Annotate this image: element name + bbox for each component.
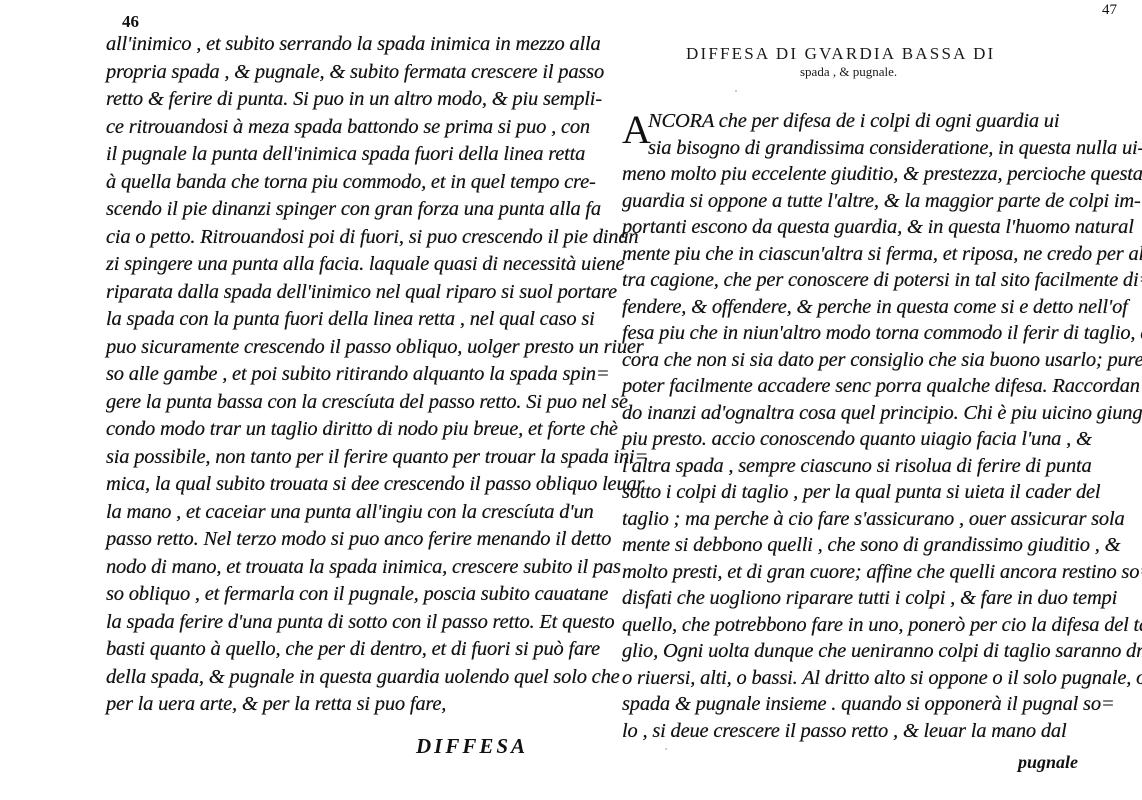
text-line: la spada con la punta fuori della linea … <box>106 306 595 332</box>
text-line: poter facilmente accadere senc porra qua… <box>622 373 1140 399</box>
text-line: retto & ferire di punta. Si puo in un al… <box>106 86 602 112</box>
text-line: so obliquo , et fermarla con il pugnale,… <box>106 581 608 607</box>
section-subheading: spada , & pugnale. <box>800 64 897 80</box>
text-line: do inanzi ad'ognaltra cosa quel principi… <box>622 400 1142 426</box>
text-line: mica, la qual subito trouata si dee cres… <box>106 471 644 497</box>
text-line: della spada, & pugnale in questa guardia… <box>106 664 620 690</box>
text-line: mente si debbono quelli , che sono di gr… <box>622 532 1120 558</box>
paper-speck <box>665 748 667 750</box>
text-line: propria spada , & pugnale, & subito ferm… <box>106 59 604 85</box>
text-line: fesa piu che in niun'altro modo torna co… <box>622 320 1142 346</box>
text-line: l'altra spada , sempre ciascuno si risol… <box>622 453 1092 479</box>
page-number-left: 46 <box>122 12 139 32</box>
page-number-right: 47 <box>1102 2 1117 19</box>
text-line: gere la punta bassa con la crescíuta del… <box>106 389 628 415</box>
drop-cap: A <box>622 110 651 150</box>
text-line: portanti escono da questa guardia, & in … <box>622 214 1134 240</box>
text-line: puo sicuramente crescendo il passo obliq… <box>106 334 644 360</box>
text-line: per la uera arte, & per la retta si puo … <box>106 691 446 717</box>
text-line: basti quanto à quello, che per di dentro… <box>106 636 600 662</box>
text-line: meno molto piu eccelente giuditio, & pre… <box>622 161 1142 187</box>
text-line: so alle gambe , et poi subito ritirando … <box>106 361 610 387</box>
text-line: lo , si deue crescere il passo retto , &… <box>622 718 1066 744</box>
text-line: taglio ; ma perche à cio fare s'assicura… <box>622 506 1125 532</box>
text-line: condo modo trar un taglio diritto di nod… <box>106 416 618 442</box>
text-line: sia possibile, non tanto per il ferire q… <box>106 444 648 470</box>
text-line: fendere, & offendere, & perche in questa… <box>622 294 1128 320</box>
left-page: 46 all'inimico , et subito serrando la s… <box>0 0 600 800</box>
text-line: piu presto. accio conoscendo quanto uiag… <box>622 426 1092 452</box>
text-line: guardia si oppone a tutte l'altre, & la … <box>622 188 1141 214</box>
text-line: tra cagione, che per conoscere di poters… <box>622 267 1142 293</box>
text-line: NCORA che per difesa de i colpi di ogni … <box>648 108 1059 134</box>
text-line: disfati che uogliono riparare tutti i co… <box>622 585 1117 611</box>
text-line: zi spingere una punta alla facia. laqual… <box>106 251 624 277</box>
text-line: la mano , et caceiar una punta all'ingiu… <box>106 499 594 525</box>
text-line: quello, che potrebbono fare in uno, pone… <box>622 612 1142 638</box>
text-line: nodo di mano, et trouata la spada inimic… <box>106 554 621 580</box>
text-line: o riuersi, alti, o bassi. Al dritto alto… <box>622 665 1142 691</box>
paper-speck <box>1010 700 1012 702</box>
text-line: cia o petto. Ritrouandosi poi di fuori, … <box>106 224 638 250</box>
text-line: sotto i colpi di taglio , per la qual pu… <box>622 479 1100 505</box>
section-heading: DIFFESA DI GVARDIA BASSA DI <box>686 44 995 64</box>
text-line: sia bisogno di grandissima consideration… <box>648 135 1142 161</box>
text-line: all'inimico , et subito serrando la spad… <box>106 31 601 57</box>
text-line: cora che non si sia dato per consiglio c… <box>622 347 1142 373</box>
text-line: ce ritrouandosi à meza spada battondo se… <box>106 114 590 140</box>
text-line: riparata dalla spada dell'inimico nel qu… <box>106 279 617 305</box>
text-line: il pugnale la punta dell'inimica spada f… <box>106 141 585 167</box>
text-line: à quella banda che torna piu commodo, et… <box>106 169 596 195</box>
text-line: la spada ferire d'una punta di sotto con… <box>106 609 614 635</box>
text-line: molto presti, et di gran cuore; affine c… <box>622 559 1142 585</box>
text-line: spada & pugnale insieme . quando si oppo… <box>622 691 1115 717</box>
text-line: glio, Ogni uolta dunque che ueniranno co… <box>622 638 1142 664</box>
text-line: mente piu che in ciascun'altra si ferma,… <box>622 241 1142 267</box>
text-line: scendo il pie dinanzi spinger con gran f… <box>106 196 601 222</box>
catchword-right: pugnale <box>1018 752 1078 773</box>
catchword-left: DIFFESA <box>416 734 528 759</box>
text-line: passo retto. Nel terzo modo si puo anco … <box>106 526 611 552</box>
paper-speck <box>735 90 737 92</box>
